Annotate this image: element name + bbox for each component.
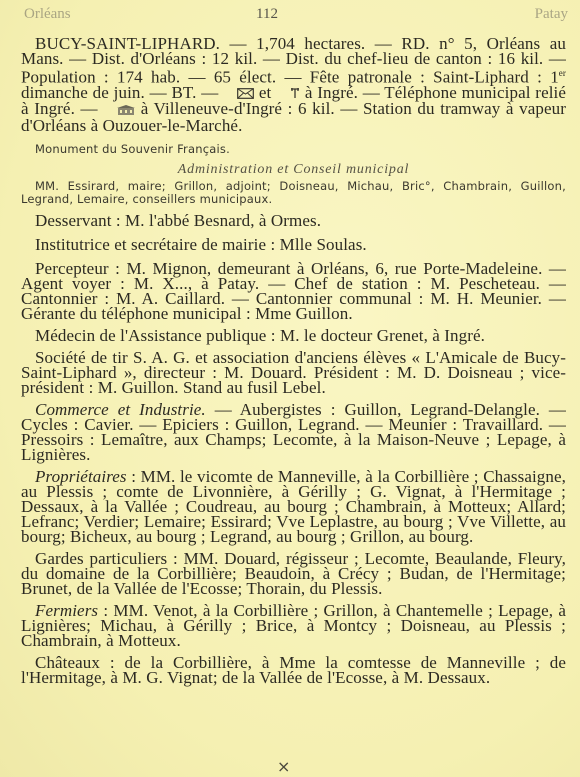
paragraph-chateaux: Châteaux : de la Corbillière, à Mme la c… — [21, 655, 566, 685]
paragraph-proprietaires: Propriétaires : MM. le vicomte de Mannev… — [21, 469, 566, 544]
paragraph-fermiers: Fermiers : MM. Venot, à la Corbillière ;… — [21, 603, 566, 648]
entry-body: BUCY-SAINT-LIPHARD. — 1,704 hectares. — … — [21, 36, 566, 692]
page-number: 112 — [256, 6, 278, 23]
paragraph-medecin: Médecin de l'Assistance publique : M. le… — [21, 328, 566, 343]
header-city: Orléans — [24, 6, 71, 23]
paragraph-societe-de-tir: Société de tir S. A. G. et association d… — [21, 350, 566, 395]
municipal-council: MM. Essirard, maire; Grillon, adjoint; D… — [21, 180, 566, 206]
monument-note: Monument du Souvenir Français. — [21, 143, 566, 156]
section-title-administration: Administration et Conseil municipal — [21, 162, 566, 177]
paragraph-gardes: Gardes particuliers : MM. Douard, régiss… — [21, 551, 566, 596]
header-canton: Patay — [535, 6, 568, 23]
paragraph-desservant: Desservant : M. l'abbé Besnard, à Ormes. — [21, 213, 566, 228]
paragraph-institutrice: Institutrice et secrétaire de mairie : M… — [21, 237, 566, 252]
paragraph-commerce: Commerce et Industrie. — Aubergistes : G… — [21, 402, 566, 462]
end-of-entry-mark: × — [277, 757, 290, 776]
document-page: Orléans 112 Patay BUCY-SAINT-LIPHARD. — … — [0, 0, 580, 777]
paragraph-percepteur: Percepteur : M. Mignon, demeurant à Orlé… — [21, 261, 566, 321]
running-header: Orléans 112 Patay — [24, 6, 568, 26]
commune-intro: BUCY-SAINT-LIPHARD. — 1,704 hectares. — … — [21, 36, 566, 133]
